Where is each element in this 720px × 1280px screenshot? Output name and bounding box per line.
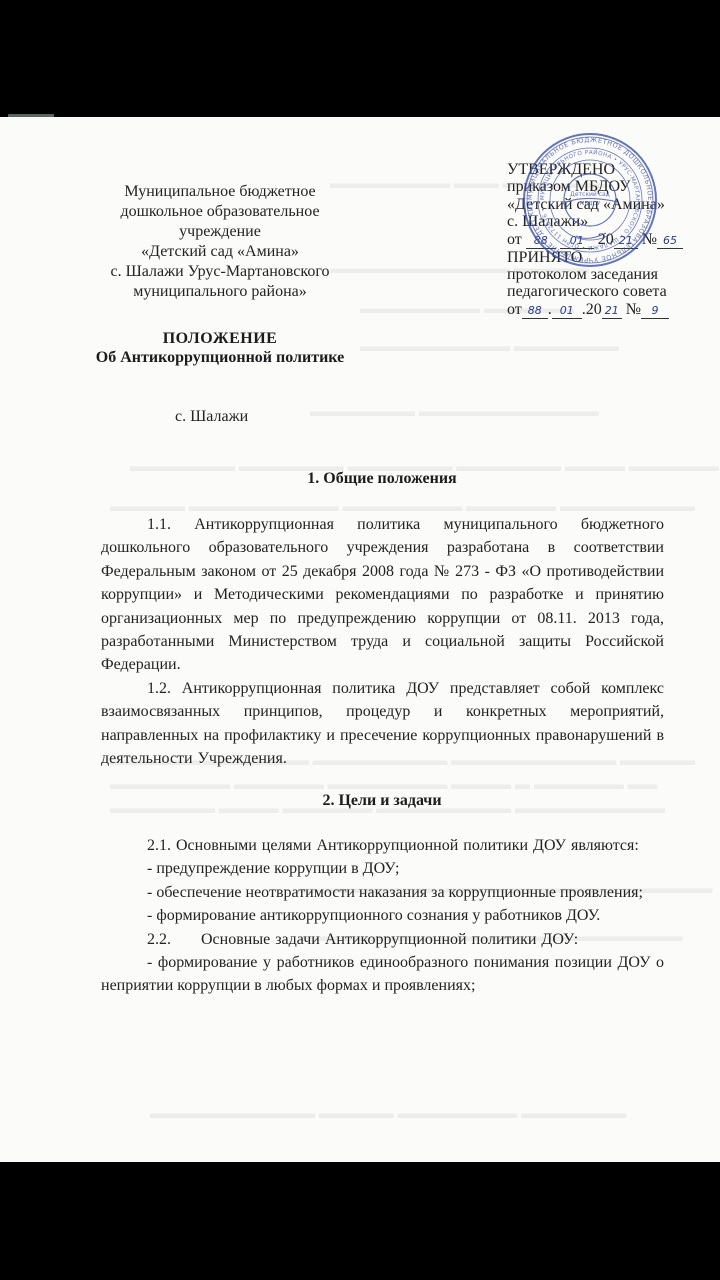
section-body-general: 1.1. Антикоррупционная политика муниципа… xyxy=(101,513,664,770)
goal-list-item: - обеспечение неотвратимости наказания з… xyxy=(101,881,664,904)
approved-label: УТВЕРЖДЕНО xyxy=(507,161,707,178)
institution-name-line: с. Шалажи Урус-Мартановского xyxy=(80,262,360,282)
section-heading-goals: 2. Цели и задачи xyxy=(100,792,664,810)
approved-date-year-prefix: 20 xyxy=(598,231,614,248)
institution-name-block: Муниципальное бюджетное дошкольное образ… xyxy=(80,182,360,302)
accepted-number: 9 xyxy=(641,304,669,319)
approved-village-line: с. Шалажи» xyxy=(507,213,707,230)
goal-list-item: - предупреждение коррупции в ДОУ; xyxy=(101,857,664,880)
approved-date-line: от 88 01 2021 №65 xyxy=(507,231,707,249)
accepted-label: ПРИНЯТО xyxy=(507,249,707,266)
approved-number-prefix: № xyxy=(642,231,657,248)
section-body-goals: 2.1. Основными целями Антикоррупционной … xyxy=(101,834,664,998)
institution-name-line: дошкольное образовательное xyxy=(80,202,360,222)
task-list-item: - формирование у работников единообразно… xyxy=(101,951,664,998)
approval-block: УТВЕРЖДЕНО приказом МБДОУ «Детский сад «… xyxy=(507,161,707,319)
institution-name-line: Муниципальное бюджетное xyxy=(80,182,360,202)
institution-name-line: «Детский сад «Амина» xyxy=(80,242,360,262)
accepted-date-year-prefix: .20 xyxy=(582,301,602,318)
accepted-protocol-line: протоколом заседания xyxy=(507,266,707,283)
paragraph-2-1: 2.1. Основными целями Антикоррупционной … xyxy=(101,834,664,857)
document-title-type: ПОЛОЖЕНИЕ xyxy=(70,329,370,348)
approved-date-month: 01 xyxy=(560,234,594,249)
bleed-through-text: ▬▬▬▬▬▬▬▬▬▬ ▬▬▬▬▬▬▬ xyxy=(360,335,619,359)
approved-institution-line: «Детский сад «Амина» xyxy=(507,196,707,213)
accepted-date-day: 88 xyxy=(522,304,548,319)
accepted-number-prefix: № xyxy=(626,301,641,318)
paragraph-1-2: 1.2. Антикоррупционная политика ДОУ пред… xyxy=(101,677,664,771)
document-place: с. Шалажи xyxy=(175,408,248,426)
institution-name-line: учреждение xyxy=(80,222,360,242)
paragraph-1-1: 1.1. Антикоррупционная политика муниципа… xyxy=(101,513,664,677)
document-title: ПОЛОЖЕНИЕ Об Антикоррупционной политике xyxy=(70,329,370,367)
goal-list-item: - формирование антикоррупционного сознан… xyxy=(101,904,664,927)
approved-date-prefix: от xyxy=(507,231,522,248)
bleed-through-text: ▬▬▬▬▬▬▬ ▬▬▬▬▬▬▬▬▬▬▬▬ xyxy=(310,400,599,424)
accepted-date-prefix: от xyxy=(507,301,522,318)
paragraph-2-2: 2.2. Основные задачи Антикоррупционной п… xyxy=(101,928,664,951)
approved-number: 65 xyxy=(657,234,683,249)
institution-name-line: муниципального района» xyxy=(80,282,360,302)
approved-date-year-suffix: 21 xyxy=(614,234,638,249)
accepted-date-year-suffix: 21 xyxy=(602,304,622,319)
approved-order-line: приказом МБДОУ xyxy=(507,178,707,195)
document-title-subject: Об Антикоррупционной политике xyxy=(70,348,370,367)
section-heading-general: 1. Общие положения xyxy=(100,470,664,488)
accepted-date-month: 01 xyxy=(552,304,582,319)
accepted-council-line: педагогического совета xyxy=(507,283,707,300)
accepted-date-line: от88.01.2021 №9 xyxy=(507,301,707,319)
approved-date-day: 88 xyxy=(526,234,556,249)
bleed-through-text: ▬▬▬▬▬▬▬▬▬▬▬ ▬▬▬▬▬ ▬▬▬▬▬▬▬▬ ▬▬▬▬▬▬▬ xyxy=(150,1102,626,1126)
